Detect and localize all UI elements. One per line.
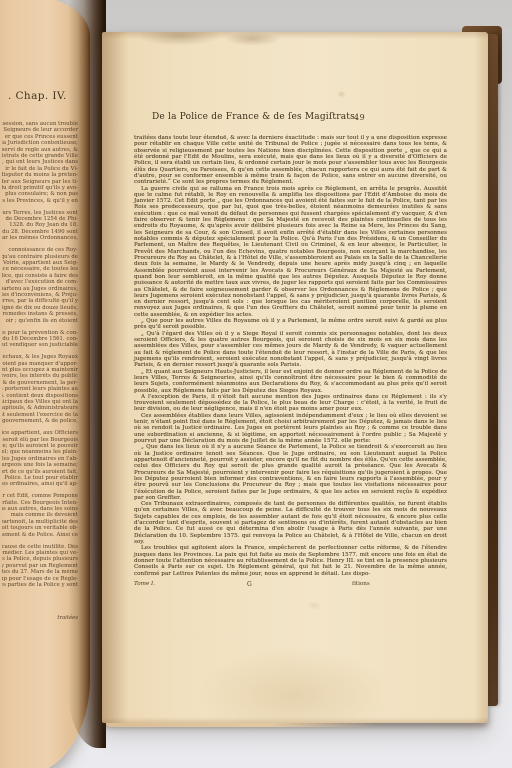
running-title: De la Police de France & de ſes Magiſtra…: [152, 112, 340, 122]
left-page-line: s les Provinces, & qu'il y en: [2, 198, 78, 204]
book-gutter-shadow: [68, 0, 106, 748]
left-page-line: tes les parties de la Police y sont: [2, 582, 78, 588]
paragraph: Ces assemblées établies dans leurs Ville…: [134, 413, 447, 445]
paragraph: „ Et quant aux Seigneurs Hauts-Justicier…: [134, 369, 447, 394]
paragraph: Les troubles qui agitoient alors la Fran…: [134, 545, 447, 577]
paragraph: A l'exception de Paris, il n'étoit fait …: [134, 394, 447, 413]
paragraph: La guerre civile qui se ralluma en Franc…: [134, 186, 447, 319]
left-page-line: ne peut vendiquer son justiciable: [2, 342, 78, 348]
paragraph: „ Qu'à l'égard des Villes où il y a Sieg…: [134, 331, 447, 369]
left-page-line: Juges ordinaires, ainsi qu'il ap-: [2, 481, 78, 487]
right-page: De la Police de France & de ſes Magiſtra…: [102, 32, 488, 723]
paragraph: „ Que dans les lieux où il n'y a aucune …: [134, 444, 447, 501]
footer-catchword: ſitions: [352, 581, 370, 587]
paragraph: Ces Tribunaux extraordinaires, composés …: [134, 501, 447, 545]
paragraph: „ Que pour les autres Villes du Royaume …: [134, 318, 447, 331]
left-page-line: ernement & de Police. Ainsi ce: [2, 532, 78, 538]
left-page-line: oir ; qu'enfin ils en étoient: [2, 318, 78, 324]
footer-tome-label: Tome I.: [134, 581, 155, 587]
page-footer: Tome I. G ſitions: [134, 581, 447, 591]
left-page-line: e gouvernement, & de police,: [2, 418, 78, 424]
body-text: traitées dans toute leur étenduë, & avec…: [134, 135, 447, 577]
footer-gathering-signature: G: [247, 581, 252, 588]
left-running-head: . Chap. IV.: [8, 90, 67, 102]
page-header: De la Police de France & de ſes Magiſtra…: [102, 112, 488, 126]
left-page-line: par les mêmes Ordonnances,: [2, 235, 78, 241]
paragraph: traitées dans toute leur étenduë, & avec…: [134, 135, 447, 186]
left-page-text: possession, sans aucun troubleSeigneurs …: [2, 121, 78, 588]
page-number: 49: [354, 113, 365, 122]
